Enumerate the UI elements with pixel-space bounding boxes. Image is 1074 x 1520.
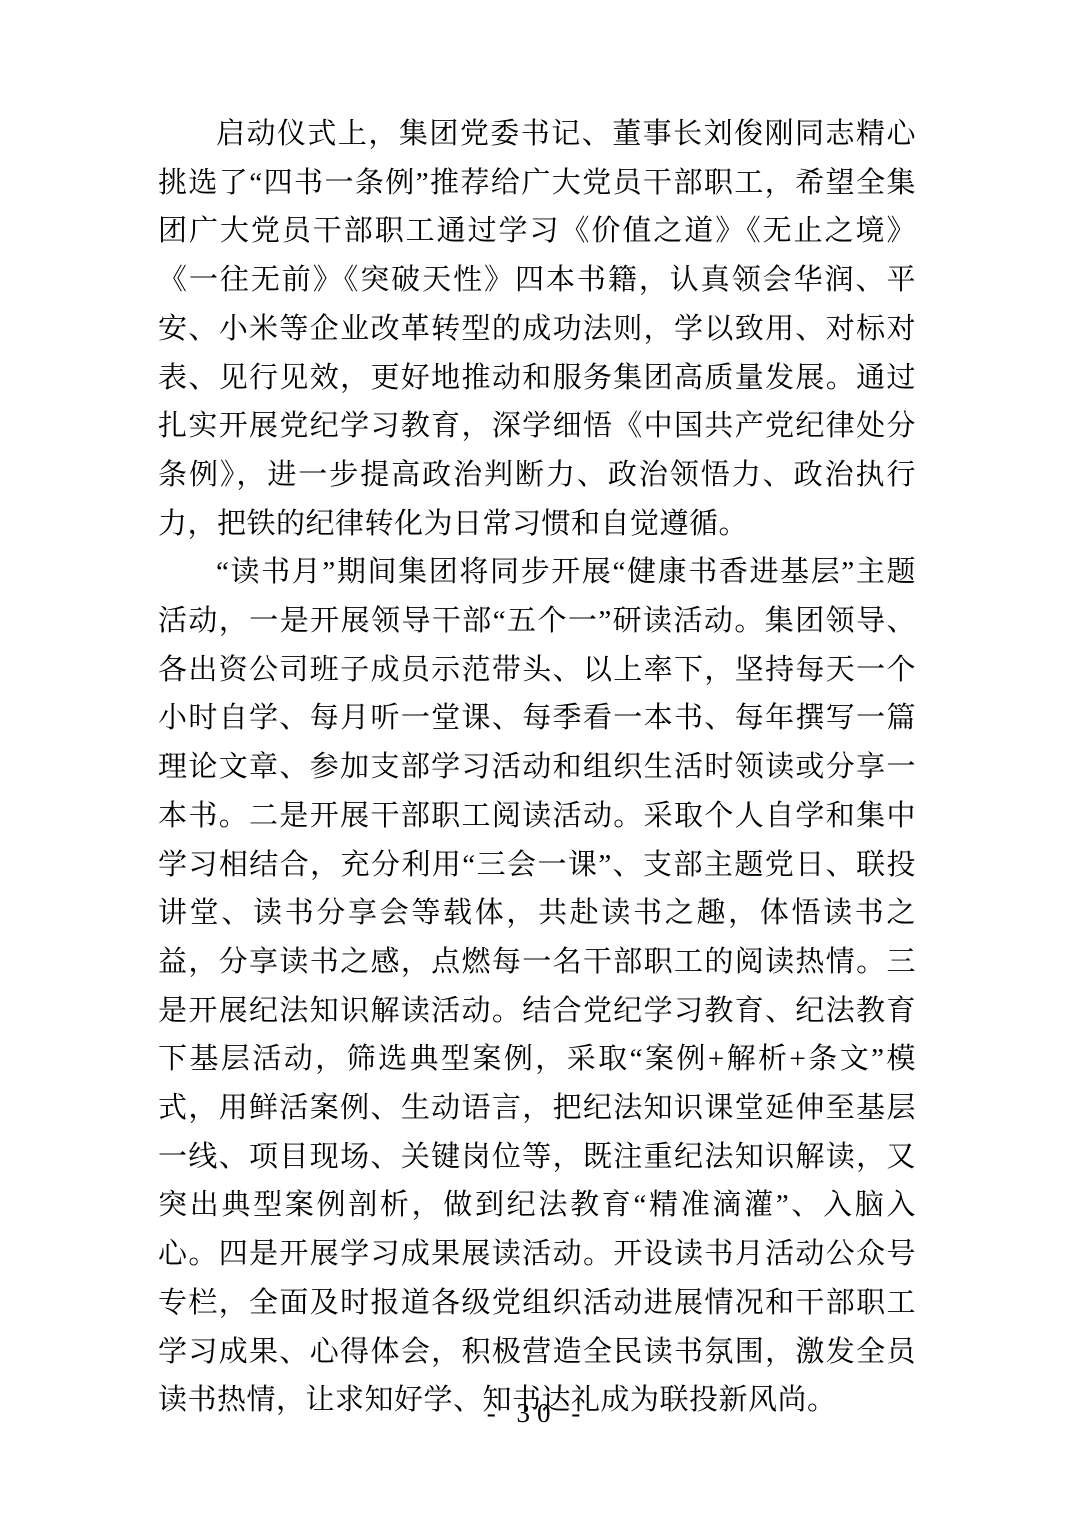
page-number: - 30 - — [0, 1398, 1074, 1429]
paragraph-2: “读书月”期间集团将同步开展“健康书香进基层”主题活动，一是开展领导干部“五个一… — [158, 548, 916, 1425]
paragraph-1: 启动仪式上，集团党委书记、董事长刘俊刚同志精心挑选了“四书一条例”推荐给广大党员… — [158, 110, 916, 548]
body-text: 启动仪式上，集团党委书记、董事长刘俊刚同志精心挑选了“四书一条例”推荐给广大党员… — [158, 110, 916, 1425]
document-page: 启动仪式上，集团党委书记、董事长刘俊刚同志精心挑选了“四书一条例”推荐给广大党员… — [0, 0, 1074, 1520]
